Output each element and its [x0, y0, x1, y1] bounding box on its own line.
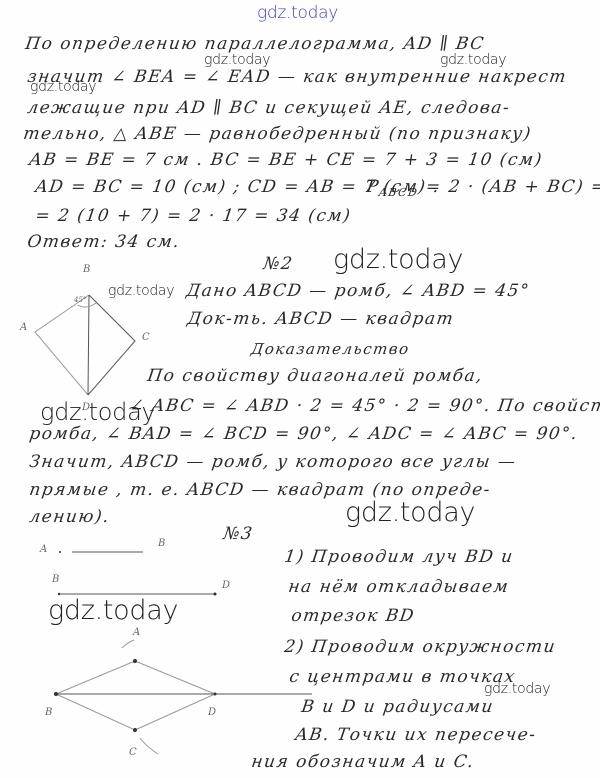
watermark-small: gdz.today: [484, 681, 550, 697]
watermark-small: gdz.today: [440, 52, 506, 68]
watermark-large: gdz.today: [333, 244, 463, 275]
segment-ab-start-label: A: [39, 544, 47, 555]
task3-step-line-5: с центрами в точках: [288, 667, 517, 687]
task2-label-bottom: D: [81, 402, 90, 413]
segment-bd-end-label: D: [221, 580, 230, 591]
watermark-large: gdz.today: [40, 398, 155, 426]
perimeter-rest: = 2 · (AB + BC) =: [418, 177, 600, 197]
perimeter-subscript: ABCD: [378, 186, 419, 199]
task1-perimeter-formula: PABCD = 2 · (AB + BC) =: [365, 177, 600, 199]
watermark-small: gdz.today: [30, 79, 96, 95]
task2-proof-line-1: По свойству диагоналей ромба,: [146, 366, 485, 386]
task3-label-top: A: [132, 627, 140, 638]
scanned-homework-page: gdz.today По определению параллелограмма…: [0, 0, 600, 778]
task2-prove: Док-ть. ABCD — квадрат: [186, 309, 456, 329]
task2-label-top: B: [82, 264, 90, 275]
task3-given-segments: A B B D: [30, 530, 250, 600]
task3-step-line-8: ния обозначим A и C.: [250, 752, 476, 772]
task3-step-line-1: 1) Проводим луч BD и: [283, 547, 515, 567]
task2-given: Дано ABCD — ромб, ∠ ABD = 45°: [185, 281, 531, 301]
task1-line-2: значит ∠ BEA = ∠ EAD — как внутренние на…: [26, 67, 568, 87]
watermark-top: gdz.today: [257, 3, 338, 23]
task1-line-1: По определению параллелограмма, AD ∥ BC: [24, 34, 486, 54]
task3-step-line-7: AB. Точки их пересече-: [294, 725, 538, 745]
task1-line-5: AB = BE = 7 см . BC = BE + CE = 7 + 3 = …: [28, 150, 544, 170]
task2-square-figure: B A C D 45°: [20, 250, 170, 400]
task1-line-3: лежащие при AD ∥ BC и секущей AE, следов…: [26, 98, 512, 118]
task3-step-line-4: 2) Проводим окружности: [283, 637, 557, 657]
task1-answer: Ответ: 34 см.: [26, 232, 182, 252]
task2-number: №2: [262, 254, 295, 274]
task2-label-right: C: [142, 332, 150, 343]
watermark-large: gdz.today: [345, 497, 475, 528]
task2-proof-line-6: лению).: [28, 507, 111, 527]
task3-label-left: B: [44, 707, 52, 718]
task3-step-line-3: отрезок BD: [290, 606, 416, 626]
task2-angle-label: 45°: [73, 296, 86, 304]
task2-proof-title: Доказательство: [250, 340, 411, 358]
task3-label-right: D: [207, 707, 216, 718]
task3-label-bottom: C: [129, 747, 137, 758]
task2-label-left: A: [19, 322, 27, 333]
task3-step-line-6: B и D и радиусами: [300, 697, 495, 717]
segment-ab-end-label: B: [157, 538, 165, 549]
task3-step-line-2: на нём откладываем: [287, 577, 511, 597]
task2-proof-line-2: ∠ ABC = ∠ ABD · 2 = 45° · 2 = 90°. По св…: [128, 396, 600, 416]
task1-line-4: тельно, △ ABE — равнобедренный (по призн…: [22, 124, 533, 144]
task2-proof-line-4: Значит, ABCD — ромб, у которого все углы…: [28, 452, 518, 472]
task2-proof-line-3: ромба, ∠ BAD = ∠ BCD = 90°, ∠ ADC = ∠ AB…: [28, 424, 579, 444]
watermark-small: gdz.today: [204, 52, 270, 68]
task1-line-7: = 2 (10 + 7) = 2 · 17 = 34 (см): [34, 206, 353, 226]
segment-bd-start-label: B: [51, 574, 59, 585]
